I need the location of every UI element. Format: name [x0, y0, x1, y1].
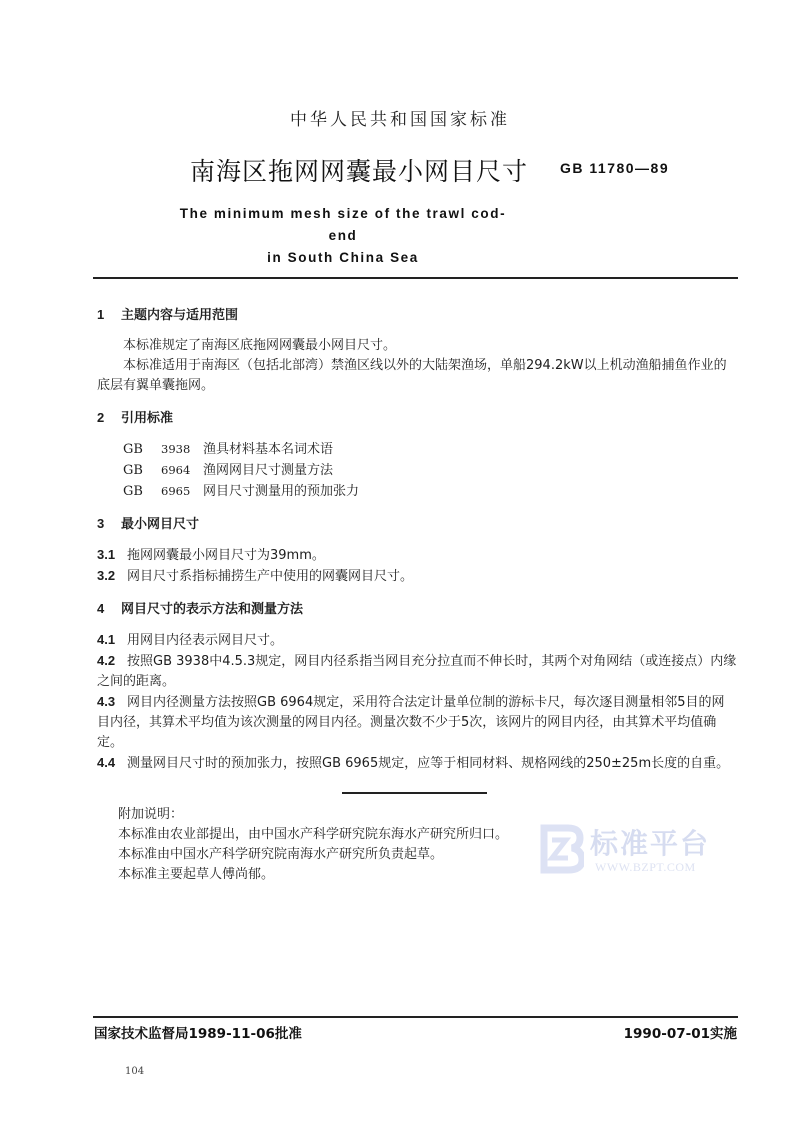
notes-line: 本标准由中国水产科学研究院南海水产研究所负责起草。	[118, 845, 508, 865]
section-heading-4: 4网目尺寸的表示方法和测量方法	[97, 599, 737, 620]
notes-line: 本标准主要起草人傅尚郁。	[118, 865, 508, 885]
section-number: 1	[97, 305, 121, 325]
section-title: 最小网目尺寸	[121, 517, 199, 532]
notes-title: 附加说明：	[118, 805, 508, 825]
document-title-en: The minimum mesh size of the trawl cod-e…	[168, 203, 518, 269]
notes-divider	[342, 792, 487, 794]
clause-4-1: 4.1用网目内径表示网目尺寸。	[97, 630, 737, 651]
header-divider	[93, 277, 738, 279]
clause-4-2: 4.2按照GB 3938中4.5.3规定，网目内径系指当网目充分拉直而不伸长时，…	[97, 651, 737, 692]
additional-notes: 附加说明： 本标准由农业部提出，由中国水产科学研究院东海水产研究所归口。 本标准…	[118, 805, 508, 885]
section-title: 主题内容与适用范围	[121, 308, 238, 323]
clause-4-3: 4.3网目内径测量方法按照GB 6964规定，采用符合法定计量单位制的游标卡尺，…	[97, 692, 737, 753]
section-heading-2: 2引用标准	[97, 408, 737, 429]
section-heading-3: 3最小网目尺寸	[97, 514, 737, 535]
notes-line: 本标准由农业部提出，由中国水产科学研究院东海水产研究所归口。	[118, 825, 508, 845]
title-en-line-2: in South China Sea	[168, 247, 518, 269]
bz-logo-icon	[540, 824, 584, 874]
section-heading-1: 1主题内容与适用范围	[97, 305, 737, 326]
reference-item: GB3938渔具材料基本名词术语	[123, 439, 737, 460]
standard-code: GB 11780—89	[560, 160, 669, 176]
section-number: 4	[97, 599, 121, 619]
paragraph: 本标准规定了南海区底拖网网囊最小网目尺寸。	[97, 336, 737, 356]
section-number: 3	[97, 514, 121, 534]
title-en-line-1: The minimum mesh size of the trawl cod-e…	[168, 203, 518, 247]
section-title: 引用标准	[121, 411, 173, 426]
footer-divider	[93, 1016, 738, 1018]
national-standard-label: 中华人民共和国国家标准	[0, 105, 800, 130]
clause-3-2: 3.2网目尺寸系指标捕捞生产中使用的网囊网目尺寸。	[97, 566, 737, 587]
reference-list: GB3938渔具材料基本名词术语 GB6964渔网网目尺寸测量方法 GB6965…	[123, 439, 737, 502]
paragraph: 本标准适用于南海区（包括北部湾）禁渔区线以外的大陆架渔场，单船294.2kW以上…	[97, 356, 737, 396]
document-body: 1主题内容与适用范围 本标准规定了南海区底拖网网囊最小网目尺寸。 本标准适用于南…	[97, 305, 737, 774]
clause-4-4: 4.4测量网目尺寸时的预加张力，按照GB 6965规定，应等于相同材料、规格网线…	[97, 753, 737, 774]
watermark-text: 标准平台	[590, 822, 710, 862]
page-number: 104	[125, 1066, 144, 1077]
document-title-cn: 南海区拖网网囊最小网目尺寸	[190, 152, 528, 188]
clause-3-1: 3.1拖网网囊最小网目尺寸为39mm。	[97, 545, 737, 566]
reference-item: GB6964渔网网目尺寸测量方法	[123, 460, 737, 481]
reference-item: GB6965网目尺寸测量用的预加张力	[123, 481, 737, 502]
section-number: 2	[97, 408, 121, 428]
watermark-url: WWW.BZPT.COM	[595, 860, 696, 875]
watermark: 标准平台 WWW.BZPT.COM	[540, 822, 740, 892]
approval-date: 国家技术监督局1989-11-06批准	[94, 1022, 302, 1042]
section-title: 网目尺寸的表示方法和测量方法	[121, 602, 303, 617]
effective-date: 1990-07-01实施	[624, 1022, 737, 1042]
